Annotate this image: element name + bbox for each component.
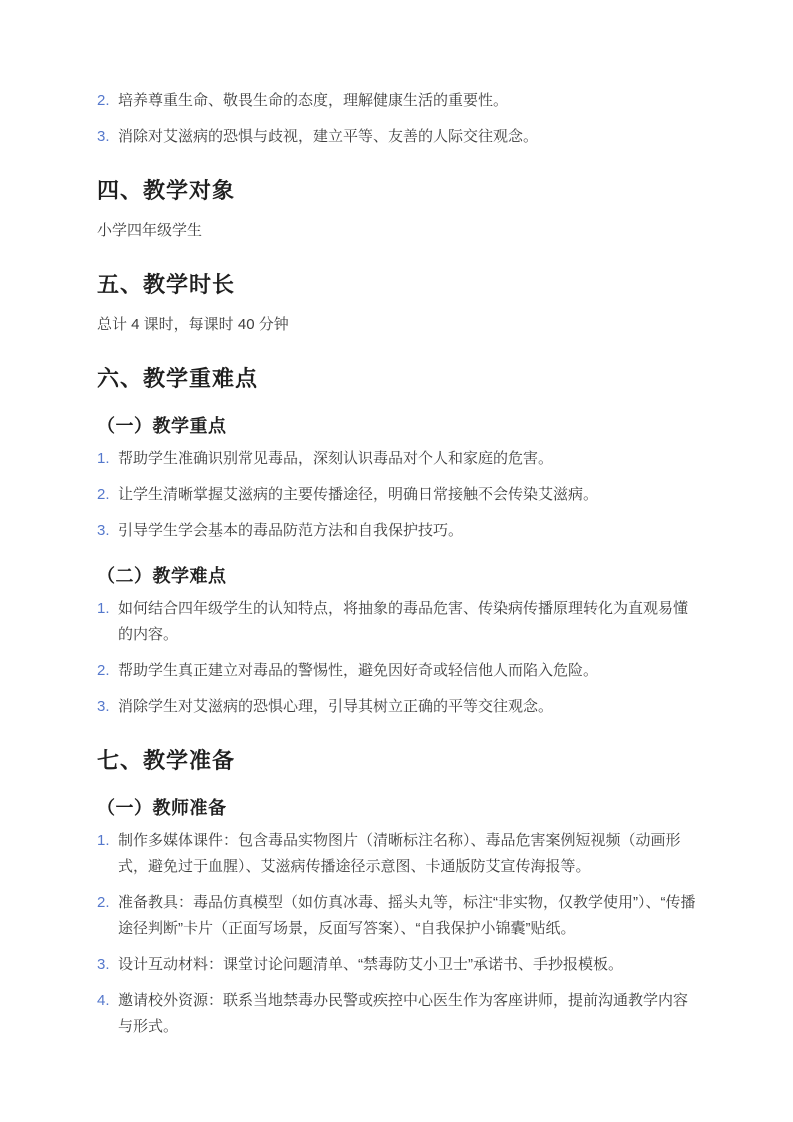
list-item-text: 培养尊重生命、敬畏生命的态度，理解健康生活的重要性。 xyxy=(118,88,696,114)
list-item-text: 让学生清晰掌握艾滋病的主要传播途径，明确日常接触不会传染艾滋病。 xyxy=(118,482,696,508)
teaching-target-body: 小学四年级学生 xyxy=(97,218,696,244)
list-item-text: 引导学生学会基本的毒品防范方法和自我保护技巧。 xyxy=(118,518,696,544)
list-item: 1. 帮助学生准确识别常见毒品，深刻认识毒品对个人和家庭的危害。 xyxy=(97,446,696,472)
list-number: 2. xyxy=(97,890,118,916)
subsection-heading-teacher-prep: （一）教师准备 xyxy=(97,795,696,821)
section-heading-key-difficult-points: 六、教学重难点 xyxy=(97,364,696,394)
list-item: 3. 设计互动材料：课堂讨论问题清单、“禁毒防艾小卫士”承诺书、手抄报模板。 xyxy=(97,952,696,978)
list-item: 3. 消除学生对艾滋病的恐惧心理，引导其树立正确的平等交往观念。 xyxy=(97,694,696,720)
list-number: 1. xyxy=(97,828,118,854)
list-item-text: 设计互动材料：课堂讨论问题清单、“禁毒防艾小卫士”承诺书、手抄报模板。 xyxy=(118,952,696,978)
list-item-text: 如何结合四年级学生的认知特点，将抽象的毒品危害、传染病传播原理转化为直观易懂的内… xyxy=(118,596,696,648)
list-item-text: 帮助学生真正建立对毒品的警惕性，避免因好奇或轻信他人而陷入危险。 xyxy=(118,658,696,684)
section-heading-teaching-target: 四、教学对象 xyxy=(97,176,696,206)
list-item-text: 帮助学生准确识别常见毒品，深刻认识毒品对个人和家庭的危害。 xyxy=(118,446,696,472)
list-number: 3. xyxy=(97,518,118,544)
teacher-prep-list: 1. 制作多媒体课件：包含毒品实物图片（清晰标注名称）、毒品危害案例短视频（动画… xyxy=(97,828,696,1040)
list-number: 2. xyxy=(97,482,118,508)
document-page: 2. 培养尊重生命、敬畏生命的态度，理解健康生活的重要性。 3. 消除对艾滋病的… xyxy=(0,0,793,1122)
list-item: 2. 培养尊重生命、敬畏生命的态度，理解健康生活的重要性。 xyxy=(97,88,696,114)
list-number: 3. xyxy=(97,952,118,978)
section-heading-teaching-duration: 五、教学时长 xyxy=(97,270,696,300)
subsection-heading-difficult-points: （二）教学难点 xyxy=(97,563,696,589)
list-item-text: 消除学生对艾滋病的恐惧心理，引导其树立正确的平等交往观念。 xyxy=(118,694,696,720)
subsection-heading-key-points: （一）教学重点 xyxy=(97,413,696,439)
list-number: 2. xyxy=(97,658,118,684)
list-item: 2. 准备教具：毒品仿真模型（如仿真冰毒、摇头丸等，标注“非实物，仅教学使用”）… xyxy=(97,890,696,942)
section-heading-teaching-preparation: 七、教学准备 xyxy=(97,746,696,776)
list-number: 4. xyxy=(97,988,118,1014)
list-number: 1. xyxy=(97,446,118,472)
list-item: 3. 引导学生学会基本的毒品防范方法和自我保护技巧。 xyxy=(97,518,696,544)
list-number: 1. xyxy=(97,596,118,622)
list-number: 3. xyxy=(97,124,118,150)
list-item: 4. 邀请校外资源：联系当地禁毒办民警或疾控中心医生作为客座讲师，提前沟通教学内… xyxy=(97,988,696,1040)
difficult-points-list: 1. 如何结合四年级学生的认知特点，将抽象的毒品危害、传染病传播原理转化为直观易… xyxy=(97,596,696,720)
list-item-text: 制作多媒体课件：包含毒品实物图片（清晰标注名称）、毒品危害案例短视频（动画形式，… xyxy=(118,828,696,880)
list-number: 2. xyxy=(97,88,118,114)
list-item: 1. 制作多媒体课件：包含毒品实物图片（清晰标注名称）、毒品危害案例短视频（动画… xyxy=(97,828,696,880)
list-item-text: 邀请校外资源：联系当地禁毒办民警或疾控中心医生作为客座讲师，提前沟通教学内容与形… xyxy=(118,988,696,1040)
list-item-text: 准备教具：毒品仿真模型（如仿真冰毒、摇头丸等，标注“非实物，仅教学使用”）、“传… xyxy=(118,890,696,942)
key-points-list: 1. 帮助学生准确识别常见毒品，深刻认识毒品对个人和家庭的危害。 2. 让学生清… xyxy=(97,446,696,544)
carryover-goals-list: 2. 培养尊重生命、敬畏生命的态度，理解健康生活的重要性。 3. 消除对艾滋病的… xyxy=(97,88,696,150)
list-item: 1. 如何结合四年级学生的认知特点，将抽象的毒品危害、传染病传播原理转化为直观易… xyxy=(97,596,696,648)
list-item: 2. 帮助学生真正建立对毒品的警惕性，避免因好奇或轻信他人而陷入危险。 xyxy=(97,658,696,684)
list-number: 3. xyxy=(97,694,118,720)
list-item-text: 消除对艾滋病的恐惧与歧视，建立平等、友善的人际交往观念。 xyxy=(118,124,696,150)
list-item: 3. 消除对艾滋病的恐惧与歧视，建立平等、友善的人际交往观念。 xyxy=(97,124,696,150)
teaching-duration-body: 总计 4 课时，每课时 40 分钟 xyxy=(97,312,696,338)
list-item: 2. 让学生清晰掌握艾滋病的主要传播途径，明确日常接触不会传染艾滋病。 xyxy=(97,482,696,508)
